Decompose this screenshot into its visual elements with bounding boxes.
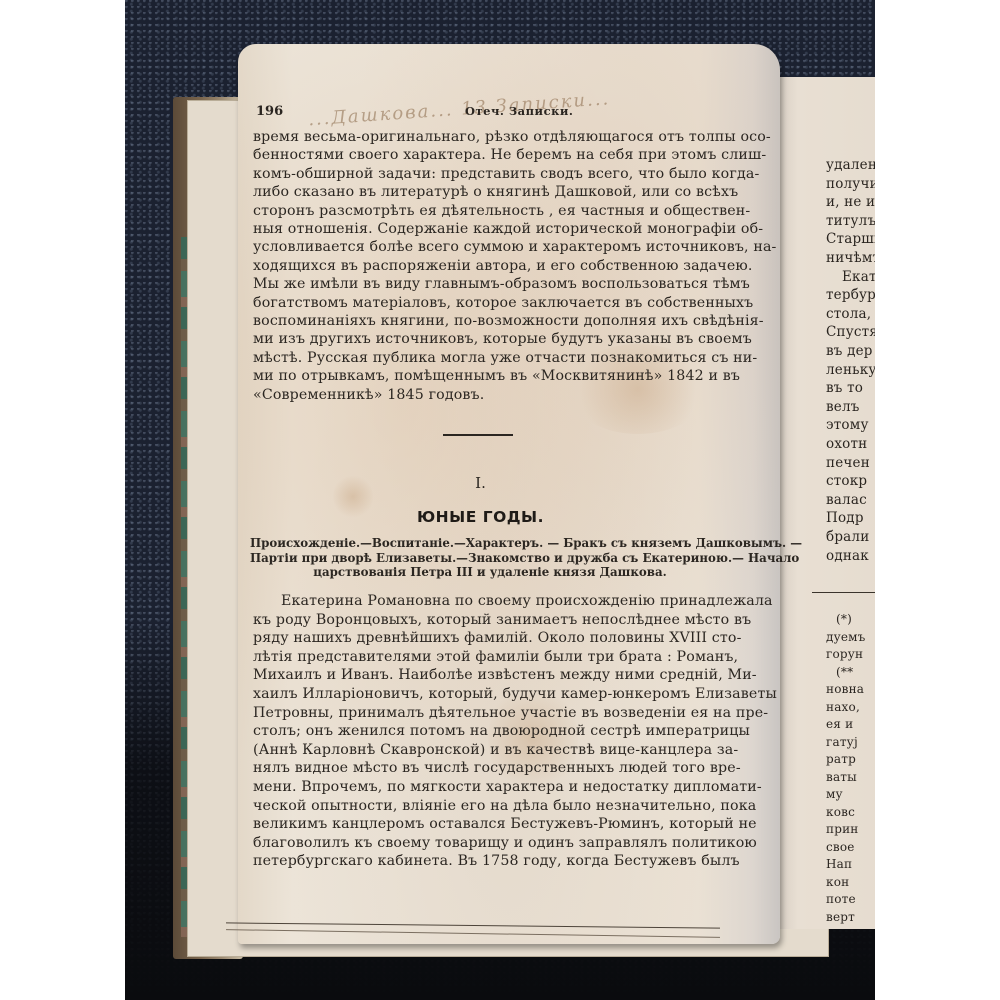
right-page-footnote-line: гатуј [826,735,858,749]
text-line: ряду нашихъ древнѣйшихъ фамилій. Около п… [253,629,738,648]
text-line: ми изъ другихъ источниковъ, которые буду… [253,330,738,348]
right-page-footnote-line: (*) [836,612,852,626]
footnote-rule [812,592,875,593]
right-page-footnote-line: свое [826,840,855,854]
right-page-line: удаленъ [826,157,875,173]
text-line: мѣстѣ. Русская публика могла уже отчасти… [253,349,738,367]
page-fold [226,922,720,928]
right-page-line: охотн [826,436,867,452]
text-line: (Аннѣ Карловнѣ Скавронской) и въ качеств… [253,741,738,760]
text-line: благоволилъ къ своему товарищу и одинъ з… [253,834,738,853]
text-line: «Современникѣ» 1845 годовъ. [253,386,738,404]
section-separator [443,434,513,436]
left-page: ...Дашкова... 13 Записки... 196 Отеч. За… [238,44,780,944]
text-line: ходящихся въ распоряженіи автора, и его … [253,257,738,275]
right-page-line: Екат [842,269,875,285]
text-line: Петровны, принималъ дѣятельное участіе в… [253,704,738,723]
right-page-footnote-line: ковс [826,805,855,819]
right-page-footnote-line: ея и [826,717,853,731]
chapter-number: I. [238,474,723,492]
chapter-synopsis: Происхожденіе.—Воспитаніе.—Характеръ. — … [250,536,730,580]
page-number: 196 [256,104,283,119]
text-line: Мы же имѣли въ виду главнымъ-образомъ во… [253,275,738,293]
text-line: ческой опытности, вліяніе его на дѣла бы… [253,797,738,816]
right-page-footnote-line: му [826,787,843,801]
right-page-line: леньку [826,362,875,378]
page-header: 196 Отеч. Записки. [256,104,756,120]
right-page-line: титулъ [826,213,875,229]
right-page-line: однак [826,548,869,564]
right-page-footnote-line: ратр [826,752,856,766]
text-line: къ роду Воронцовыхъ, который занимаетъ н… [253,611,738,630]
right-page-line: въ дер [826,343,873,359]
text-line: мени. Впрочемъ, по мягкости характера и … [253,778,738,797]
right-page-footnote-line: дуемъ [826,630,866,644]
right-page-footnote-line: горун [826,647,863,661]
right-page-line: валас [826,492,867,508]
text-line: петербургскаго кабинета. Въ 1758 году, к… [253,852,738,871]
right-page-line: велъ [826,399,860,415]
text-line: бенностями своего характера. Не беремъ н… [253,146,738,164]
right-page-line: и, не и [826,194,875,210]
text-line: нялъ видное мѣсто въ числѣ государственн… [253,759,738,778]
right-page-line: печен [826,455,870,471]
right-page-footnote-line: поте [826,892,856,906]
right-page-footnote-line: кон [826,875,849,889]
chapter-paragraph: Екатерина Романовна по своему происхожде… [253,592,738,871]
text-line: Михаилъ и Иванъ. Наиболѣе извѣстенъ межд… [253,666,738,685]
right-page-line: брали [826,529,869,545]
right-page-line: стола, [826,306,871,322]
intro-paragraph: время весьма-оригинальнаго, рѣзко отдѣля… [253,128,738,404]
right-page-line: Подр [826,510,864,526]
right-page-line: стокр [826,473,867,489]
right-page-line: ничѣмъ [826,250,875,266]
right-page-line: этому [826,417,869,433]
text-line: ми по отрывкамъ, помѣщеннымъ въ «Москвит… [253,367,738,385]
text-line: воспоминаніяхъ княгини, по-возможности д… [253,312,738,330]
text-line: ныя отношенія. Содержаніе каждой историч… [253,220,738,238]
running-head: Отеч. Записки. [465,104,573,118]
book-photo: удаленъполучили, не ититулъСтаршіничѣмъЕ… [125,0,875,1000]
text-line: комъ-обширной задачи: представить сводъ … [253,165,738,183]
right-page-footnote-line: новна [826,682,864,696]
text-line: условливается болѣе всего суммою и харак… [253,238,738,256]
right-page-footnote-line: (** [836,665,853,679]
text-line: столъ; онъ женился потомъ на двоюродной … [253,722,738,741]
right-page-line: Спустя [826,324,875,340]
page-fold [226,929,720,938]
text-line: время весьма-оригинальнаго, рѣзко отдѣля… [253,128,738,146]
right-page-line: въ то [826,380,863,396]
right-page-footnote-line: прин [826,822,858,836]
text-line: великимъ канцлеромъ оставался Бестужевъ-… [253,815,738,834]
right-page-footnote-line: Нап [826,857,852,871]
text-line: царствованія Петра III и удаленіе князя … [250,565,730,580]
text-line: богатствомъ матеріаловъ, которое заключа… [253,294,738,312]
right-page-footnote-line: ваты [826,770,857,784]
right-page-line: получил [826,176,875,192]
text-line: Происхожденіе.—Воспитаніе.—Характеръ. — … [250,536,730,551]
right-page-footnote-line: нахо, [826,700,860,714]
right-page-line: тербур [826,287,875,303]
text-line: Екатерина Романовна по своему происхожде… [253,592,738,611]
text-line: либо сказано въ литературѣ о княгинѣ Даш… [253,183,738,201]
text-line: лѣтія представителями этой фамиліи были … [253,648,738,667]
right-page-footnote-line: верт [826,910,855,924]
text-line: сторонъ разсмотрѣть ея дѣятельность , ея… [253,202,738,220]
right-page-line: Старші [826,231,875,247]
text-line: Партіи при дворѣ Елизаветы.—Знакомство и… [250,551,730,566]
text-line: хаилъ Илларіоновичъ, который, будучи кам… [253,685,738,704]
chapter-title: ЮНЫЕ ГОДЫ. [238,508,723,526]
right-page: удаленъполучили, не ититулъСтаршіничѣмъЕ… [770,77,875,929]
